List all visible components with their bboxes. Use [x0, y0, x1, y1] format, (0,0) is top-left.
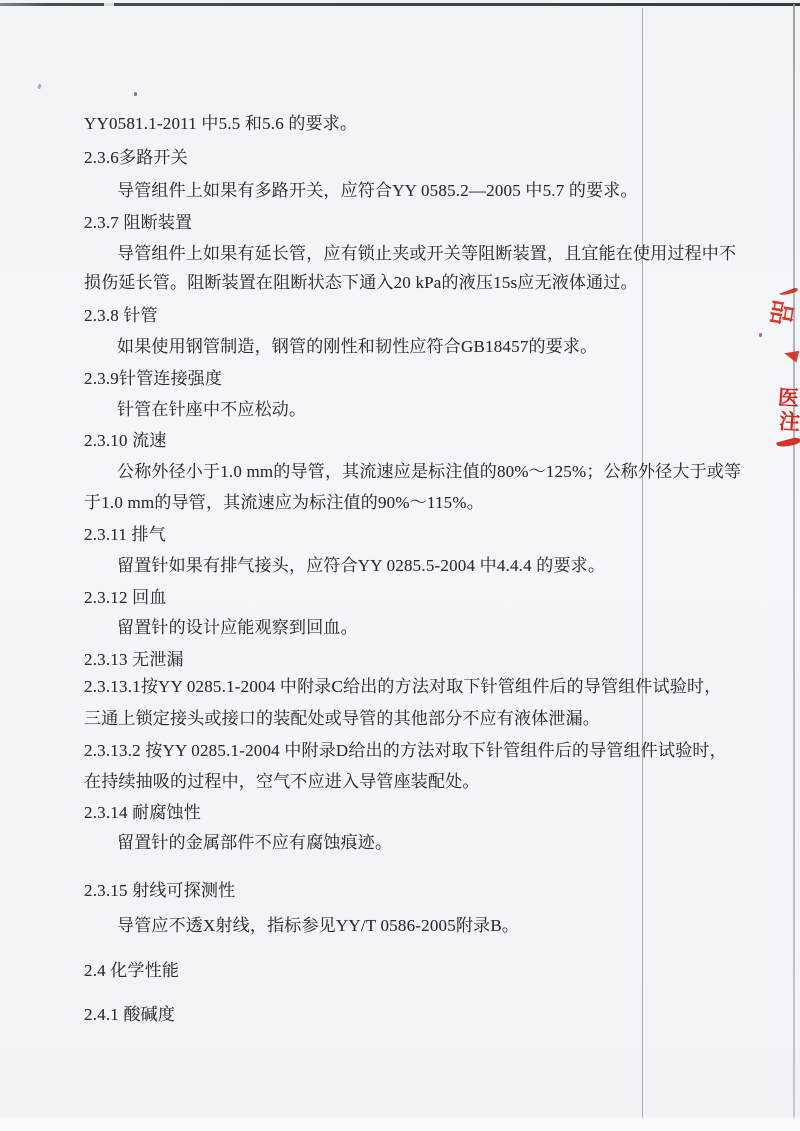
section-heading: 2.3.15 射线可探测性 — [84, 880, 235, 901]
scanned-document-page: YY0581.1-2011 中5.5 和5.6 的要求。 2.3.6多路开关 导… — [0, 0, 800, 1131]
body-text-line: 三通上锁定接头或接口的装配处或导管的其他部分不应有液体泄漏。 — [84, 708, 600, 729]
section-heading: 2.3.13 无泄漏 — [84, 649, 184, 670]
section-heading: 2.3.10 流速 — [84, 430, 167, 451]
body-text-line: 在持续抽吸的过程中，空气不应进入导管座装配处。 — [84, 771, 480, 792]
body-text-line: 针管在针座中不应松动。 — [117, 399, 306, 420]
stamp-ink-dot — [759, 333, 762, 337]
body-text-line: 导管组件上如果有延长管，应有锁止夹或开关等阻断装置，且宜能在使用过程中不 — [117, 243, 736, 264]
scan-bottom-strip — [0, 1120, 800, 1131]
body-text-line: 留置针的设计应能观察到回血。 — [117, 617, 358, 638]
section-heading: 2.3.12 回血 — [84, 587, 167, 608]
scan-speck — [134, 92, 137, 96]
body-text-line: 留置针如果有排气接头，应符合YY 0285.5-2004 中4.4.4 的要求。 — [117, 555, 605, 576]
body-text-line: 导管组件上如果有多路开关，应符合YY 0585.2—2005 中5.7 的要求。 — [117, 180, 638, 201]
body-text-line: 2.3.13.1按YY 0285.1-2004 中附录C给出的方法对取下针管组件… — [84, 676, 721, 697]
body-text-line: YY0581.1-2011 中5.5 和5.6 的要求。 — [84, 113, 357, 134]
section-heading: 2.3.7 阻断装置 — [84, 212, 192, 233]
body-text-line: 损伤延长管。阻断装置在阻断状态下通入20 kPa的液压15s应无液体通过。 — [84, 272, 638, 293]
stamp-character: 医 — [777, 386, 799, 409]
section-heading: 2.4 化学性能 — [84, 960, 179, 981]
section-heading: 2.3.9针管连接强度 — [84, 368, 222, 389]
page-fold-line — [642, 8, 643, 1125]
stamp-character: 品 — [766, 298, 795, 327]
body-text-line: 如果使用钢管制造，钢管的刚性和韧性应符合GB18457的要求。 — [117, 336, 597, 357]
stamp-stroke — [783, 347, 799, 362]
section-heading: 2.3.14 耐腐蚀性 — [84, 802, 201, 823]
body-text-line: 公称外径小于1.0 mm的导管，其流速应是标注值的80%～125%；公称外径大于… — [117, 461, 741, 482]
scan-speck — [37, 84, 42, 90]
section-heading: 2.4.1 酸碱度 — [84, 1004, 175, 1025]
section-heading: 2.3.6多路开关 — [84, 147, 188, 168]
stamp-character: 注 — [778, 410, 800, 433]
body-text-line: 于1.0 mm的导管，其流速应为标注值的90%～115%。 — [84, 492, 484, 513]
stamp-stroke — [776, 436, 800, 448]
scan-top-edge-notch — [104, 2, 114, 7]
body-text-line: 2.3.13.2 按YY 0285.1-2004 中附录D给出的方法对取下针管组… — [84, 740, 727, 761]
paper-right-edge-line — [793, 4, 795, 1126]
section-heading: 2.3.11 排气 — [84, 524, 166, 545]
body-text-line: 导管应不透X射线，指标参见YY/T 0586-2005附录B。 — [117, 915, 519, 936]
scan-top-edge-line — [0, 3, 800, 6]
stamp-stroke — [779, 287, 799, 296]
section-heading: 2.3.8 针管 — [84, 305, 158, 326]
body-text-line: 留置针的金属部件不应有腐蚀痕迹。 — [117, 832, 392, 853]
